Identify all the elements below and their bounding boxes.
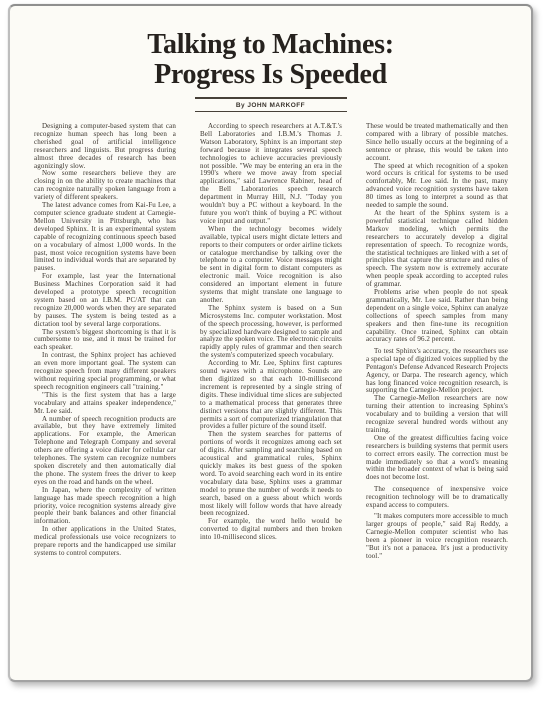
article-headline: Talking to Machines:Progress Is Speeded — [20, 30, 521, 90]
article-column-2: According to speech researchers at A.T.&… — [200, 123, 342, 560]
article-paragraph: For example, last year the International… — [34, 273, 176, 328]
article-paragraph: According to Mr. Lee, Sphinx first captu… — [200, 360, 342, 431]
article-paragraph: According to speech researchers at A.T.&… — [200, 123, 342, 226]
article-paragraph: The speed at which recognition of a spok… — [366, 163, 508, 210]
article-column-1: Designing a computer-based system that c… — [34, 123, 176, 560]
article-paragraph: In Japan, where the complexity of writte… — [34, 487, 176, 527]
article-paragraph: To test Sphinx's accuracy, the researche… — [366, 348, 508, 395]
article-paragraph: Problems arise when people do not speak … — [366, 289, 508, 344]
article-paragraph: "This is the first system that has a lar… — [34, 392, 176, 416]
headline-line2: Progress Is Speeded — [154, 59, 387, 90]
newspaper-page: Talking to Machines:Progress Is Speeded … — [8, 4, 533, 682]
article-paragraph: At the heart of the Sphinx system is a p… — [366, 210, 508, 289]
article-paragraph: The system's biggest shortcoming is that… — [34, 329, 176, 353]
article-column-3: These would be treated mathematically an… — [366, 123, 508, 560]
article-paragraph: These would be treated mathematically an… — [366, 123, 508, 163]
article-paragraph: The latest advance comes from Kai-Fu Lee… — [34, 202, 176, 273]
byline: By JOHN MARKOFF — [195, 97, 347, 112]
article-paragraph: Now some researchers believe they are cl… — [34, 170, 176, 202]
article-paragraph: When the technology becomes widely avail… — [200, 226, 342, 305]
article-paragraph: Designing a computer-based system that c… — [34, 123, 176, 170]
article-paragraph: "It makes computers more accessible to m… — [366, 513, 508, 560]
article-paragraph: A number of speech recognition products … — [34, 416, 176, 487]
article-paragraph: The Carnegie-Mellon researchers are now … — [366, 395, 508, 435]
article-paragraph: The consequence of inexpensive voice rec… — [366, 486, 508, 510]
article-paragraph: Then the system searches for patterns of… — [200, 431, 342, 518]
article-paragraph: One of the greatest difficulties facing … — [366, 435, 508, 482]
article-body: Designing a computer-based system that c… — [10, 121, 531, 560]
article-paragraph: For example, the word hello would be con… — [200, 518, 342, 542]
headline-line1: Talking to Machines: — [147, 29, 394, 60]
article-paragraph: The Sphinx system is based on a Sun Micr… — [200, 305, 342, 360]
article-paragraph: In contrast, the Sphinx project has achi… — [34, 352, 176, 392]
article-paragraph: In other applications in the United Stat… — [34, 526, 176, 558]
